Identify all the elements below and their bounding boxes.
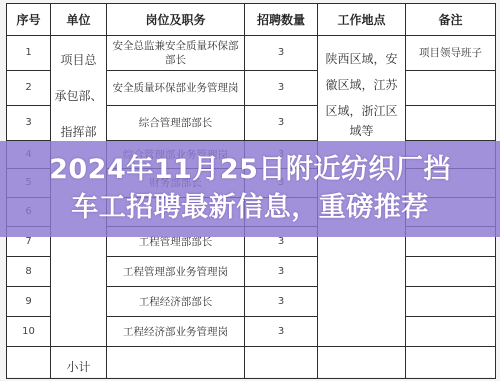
cell-position: 安全质量环保部业务管理岗 bbox=[107, 71, 245, 106]
header-note: 备注 bbox=[406, 4, 496, 36]
cell-no: 8 bbox=[7, 257, 51, 287]
cell-position: 工程经济部业务管理岗 bbox=[107, 317, 245, 347]
cell-note bbox=[406, 347, 496, 379]
location-line: 徽区域，江苏 bbox=[320, 72, 403, 98]
cell-count: 3 bbox=[245, 36, 318, 71]
banner-title: 2024年11月25日附近纺织厂挡 车工招聘最新信息，重磅推荐 bbox=[0, 141, 500, 237]
cell-no: 3 bbox=[7, 106, 51, 141]
cell-no: 2 bbox=[7, 71, 51, 106]
cell-count: 3 bbox=[245, 71, 318, 106]
subtotal-row: 小计 bbox=[7, 347, 496, 379]
cell-note bbox=[406, 317, 496, 347]
cell-position: 工程经济部部长 bbox=[107, 287, 245, 317]
location-line: 域等 bbox=[320, 124, 403, 138]
banner-title-line-1: 2024年11月25日附近纺织厂挡 bbox=[49, 151, 451, 189]
cell-position bbox=[107, 347, 245, 379]
location-line: 陕西区域，安 bbox=[320, 46, 403, 72]
title-banner-overlay: 2024年11月25日附近纺织厂挡 车工招聘最新信息，重磅推荐 bbox=[0, 141, 500, 237]
cell-note: 项目领导班子 bbox=[406, 36, 496, 71]
location-line: 区域，浙江区 bbox=[320, 98, 403, 124]
table-header-row: 序号 单位 岗位及职务 招聘数量 工作地点 备注 bbox=[7, 4, 496, 36]
cell-no: 10 bbox=[7, 317, 51, 347]
unit-line: 项目总 bbox=[53, 42, 104, 78]
cell-count: 3 bbox=[245, 257, 318, 287]
cell-no: 1 bbox=[7, 36, 51, 71]
cell-count: 3 bbox=[245, 106, 318, 141]
table-row: 1 项目总 承包部、 指挥部 安全总监兼安全质量环保部部长 3 陕西区域，安 徽… bbox=[7, 36, 496, 71]
header-count: 招聘数量 bbox=[245, 4, 318, 36]
header-no: 序号 bbox=[7, 4, 51, 36]
subtotal-label: 小计 bbox=[51, 347, 107, 379]
cell-location bbox=[318, 347, 406, 379]
header-location: 工作地点 bbox=[318, 4, 406, 36]
cell-position: 工程管理部业务管理岗 bbox=[107, 257, 245, 287]
cell-count: 3 bbox=[245, 287, 318, 317]
header-unit: 单位 bbox=[51, 4, 107, 36]
cell-count: 3 bbox=[245, 317, 318, 347]
unit-line: 承包部、 bbox=[53, 78, 104, 114]
cell-no: 9 bbox=[7, 287, 51, 317]
cell-note bbox=[406, 106, 496, 141]
cell-no bbox=[7, 347, 51, 379]
cell-note bbox=[406, 257, 496, 287]
cell-note bbox=[406, 287, 496, 317]
cell-position: 综合管理部部长 bbox=[107, 106, 245, 141]
cell-count bbox=[245, 347, 318, 379]
banner-title-line-2: 车工招聘最新信息，重磅推荐 bbox=[71, 189, 429, 227]
header-position: 岗位及职务 bbox=[107, 4, 245, 36]
cell-note bbox=[406, 71, 496, 106]
cell-position: 安全总监兼安全质量环保部部长 bbox=[107, 36, 245, 71]
